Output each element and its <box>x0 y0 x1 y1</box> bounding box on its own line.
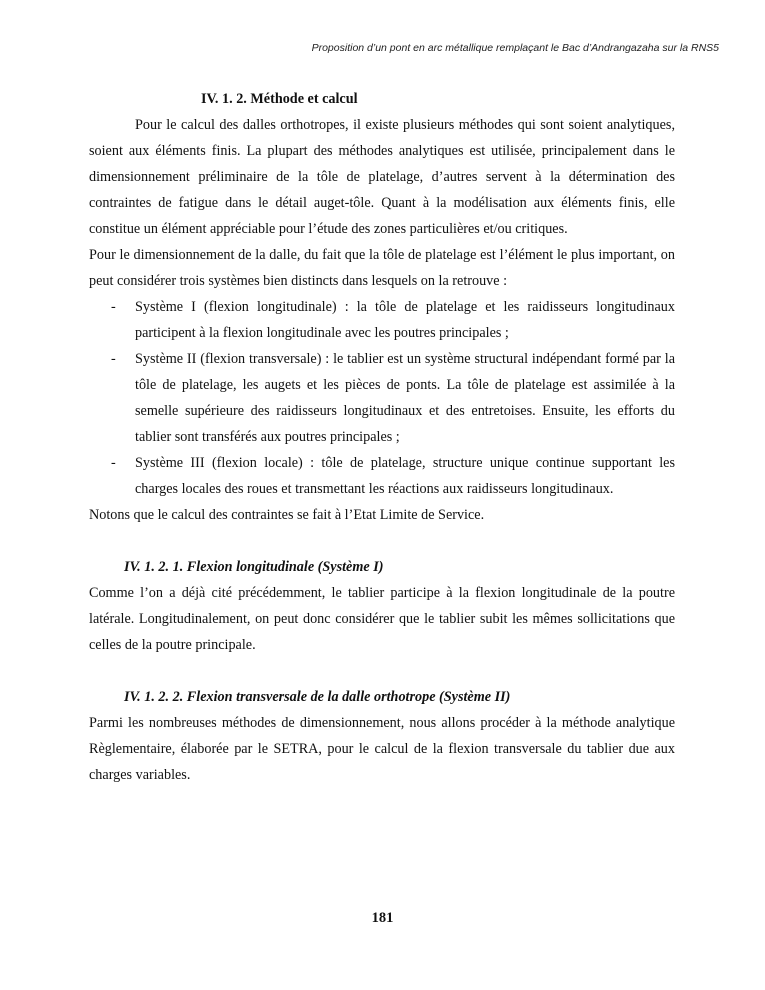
dash-bullet: - <box>111 450 116 476</box>
subsection-body: Comme l’on a déjà cité précédemment, le … <box>89 580 675 658</box>
dash-bullet: - <box>111 346 116 372</box>
subsection-heading: IV. 1. 2. 2. Flexion transversale de la … <box>124 684 675 710</box>
running-header: Proposition d’un pont en arc métallique … <box>312 42 719 54</box>
system-3-text: Système III (flexion locale) : tôle de p… <box>135 455 675 497</box>
document-body: IV. 1. 2. Méthode et calcul Pour le calc… <box>89 86 675 788</box>
spacer <box>89 658 675 684</box>
systems-list: - Système I (flexion longitudinale) : la… <box>89 294 675 502</box>
subsection-heading: IV. 1. 2. 1. Flexion longitudinale (Syst… <box>124 554 675 580</box>
note-paragraph: Notons que le calcul des contraintes se … <box>89 502 675 528</box>
systems-intro-paragraph: Pour le dimensionnement de la dalle, du … <box>89 242 675 294</box>
spacer <box>89 528 675 554</box>
list-item: - Système III (flexion locale) : tôle de… <box>89 450 675 502</box>
page-number: 181 <box>0 910 765 927</box>
list-item: - Système II (flexion transversale) : le… <box>89 346 675 450</box>
dash-bullet: - <box>111 294 116 320</box>
system-2-text: Système II (flexion transversale) : le t… <box>135 351 675 445</box>
list-item: - Système I (flexion longitudinale) : la… <box>89 294 675 346</box>
section-heading: IV. 1. 2. Méthode et calcul <box>201 86 675 112</box>
subsection-body: Parmi les nombreuses méthodes de dimensi… <box>89 710 675 788</box>
intro-paragraph: Pour le calcul des dalles orthotropes, i… <box>89 112 675 242</box>
system-1-text: Système I (flexion longitudinale) : la t… <box>135 299 675 341</box>
